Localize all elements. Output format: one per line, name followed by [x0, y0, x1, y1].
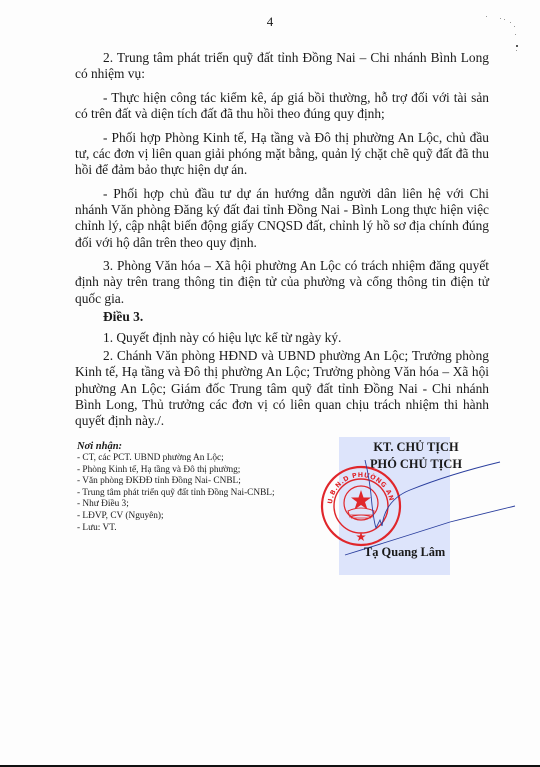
paragraph-hieu-luc: 1. Quyết định này có hiệu lực kể từ ngày…	[75, 330, 489, 346]
signer-name: Tạ Quang Lâm	[364, 545, 445, 560]
paragraph-phoi-hop-2: - Phối hợp chủ đầu tư dự án hướng dẫn ng…	[75, 186, 489, 251]
recipient-item: - Lưu: VT.	[77, 523, 322, 535]
recipients-title: Nơi nhận:	[77, 440, 322, 453]
article-heading: Điều 3.	[75, 309, 489, 325]
recipient-item: - LĐVP, CV (Nguyên);	[77, 511, 322, 523]
paragraph-trung-tam-duty: 2. Trung tâm phát triển quỹ đất tỉnh Đồn…	[75, 50, 489, 82]
recipient-item: - Như Điều 3;	[77, 499, 322, 511]
recipients-block: Nơi nhận: - CT, các PCT. UBND phường An …	[77, 440, 322, 534]
recipient-item: - Phòng Kinh tế, Hạ tầng và Đô thị phườn…	[77, 465, 322, 477]
recipients-list: - CT, các PCT. UBND phường An Lộc; - Phò…	[77, 453, 322, 534]
recipient-item: - CT, các PCT. UBND phường An Lộc;	[77, 453, 322, 465]
page-number: 4	[0, 14, 540, 30]
recipient-item: - Văn phòng ĐKĐĐ tỉnh Đồng Nai- CNBL;	[77, 476, 322, 488]
recipient-item: - Trung tâm phát triển quỹ đất tỉnh Đồng…	[77, 488, 322, 500]
paragraph-thi-hanh: 2. Chánh Văn phòng HĐND và UBND phường A…	[75, 348, 489, 429]
signature-title-line1: KT. CHỦ TỊCH	[356, 440, 476, 455]
paragraph-phoi-hop-1: - Phối hợp Phòng Kinh tế, Hạ tầng và Đô …	[75, 130, 489, 179]
paragraph-van-hoa: 3. Phòng Văn hóa – Xã hội phường An Lộc …	[75, 258, 489, 307]
paragraph-kiem-ke: - Thực hiện công tác kiểm kê, áp giá bồi…	[75, 90, 489, 122]
document-body: 2. Trung tâm phát triển quỹ đất tỉnh Đồn…	[75, 50, 489, 437]
